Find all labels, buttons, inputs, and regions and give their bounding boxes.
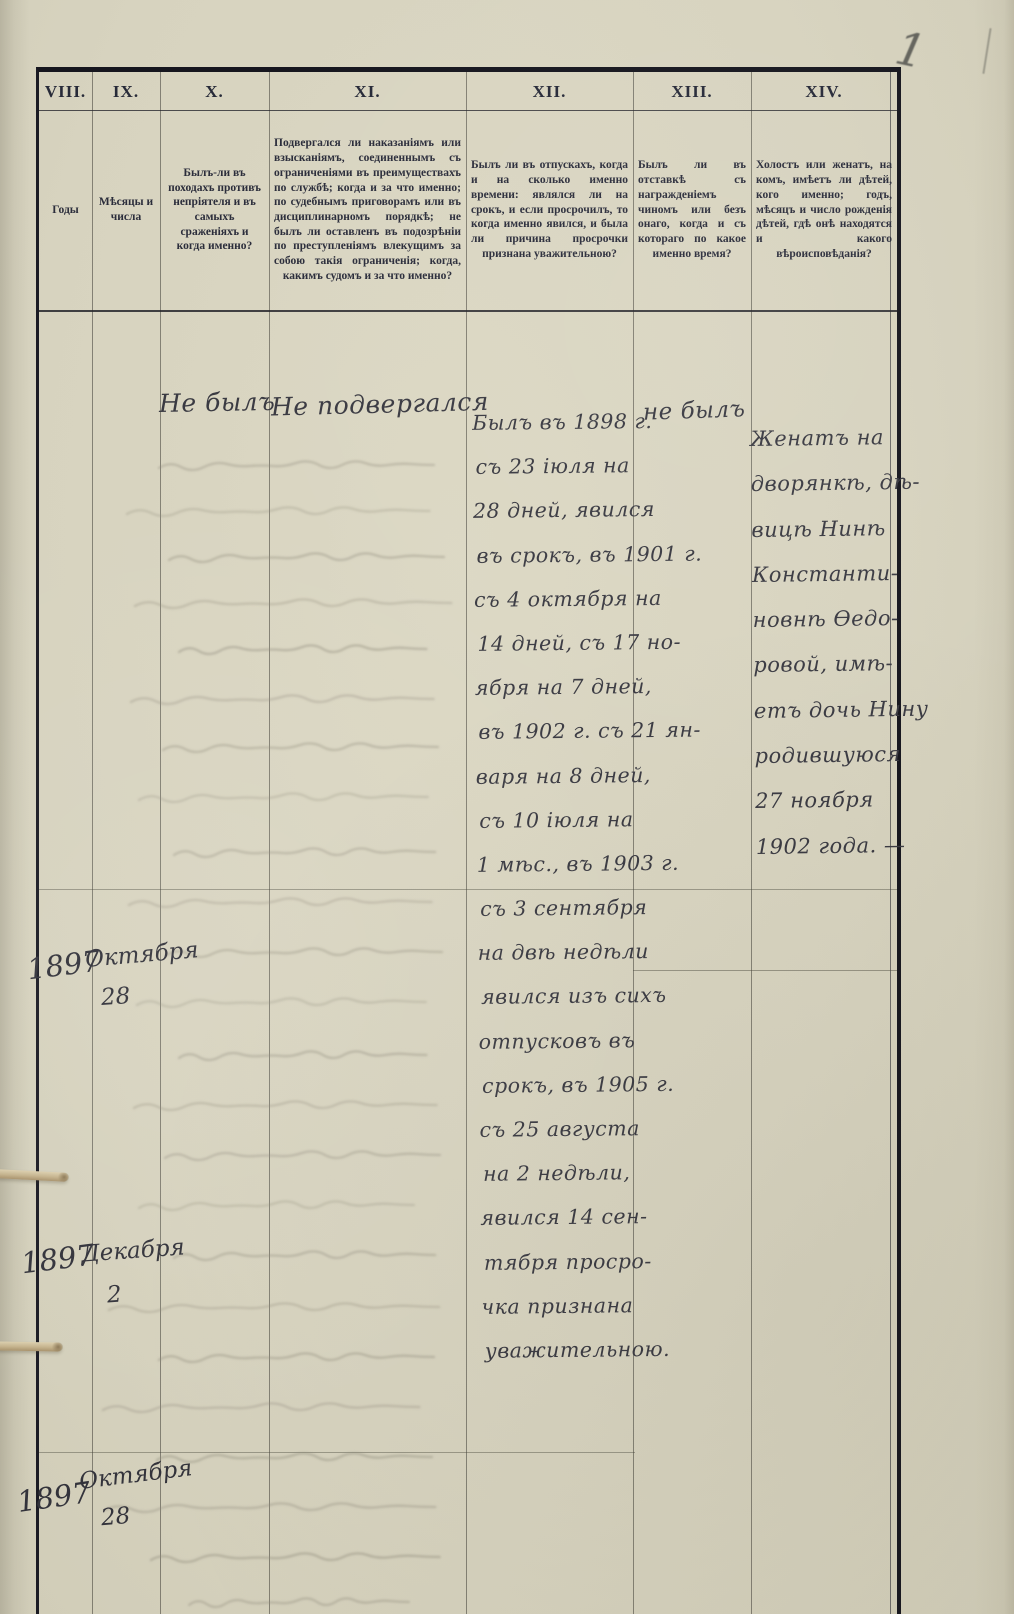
leaves-line: чка признана <box>481 1283 649 1329</box>
header-bottom-rule <box>39 310 897 312</box>
service-record-table: VIII. IX. X. XI. XII. XIII. XIV. Годы Мѣ… <box>36 67 901 1614</box>
entry-campaigns: Не былъ <box>159 387 271 418</box>
leaves-line: въ срокъ, въ 1901 г. <box>476 532 641 578</box>
family-line: Константи- <box>752 551 901 598</box>
row-divider <box>39 889 897 890</box>
leaves-line: ября на 7 дней, <box>475 664 643 710</box>
family-line: Женатъ на <box>750 415 899 462</box>
leaves-line: въ 1902 г. съ 21 ян- <box>478 708 643 754</box>
leaves-line: съ 4 октября на <box>474 576 642 622</box>
family-line: етъ дочь Нину <box>754 687 903 734</box>
column-numeral-xi: XI. <box>269 78 466 108</box>
date-day: 2 <box>106 1282 122 1309</box>
leaves-line: съ 23 іюля на <box>475 443 640 489</box>
column-numeral-xii: XII. <box>466 78 633 108</box>
leaves-line: съ 10 іюля на <box>479 797 644 843</box>
leaves-line: Былъ въ 1898 г. <box>472 399 640 445</box>
column-header-campaigns: Былъ-ли въ походахъ противъ непріятеля и… <box>160 110 269 310</box>
pencil-edge-mark <box>982 28 991 74</box>
date-day: 28 <box>100 983 131 1011</box>
leaves-line: 28 дней, явился <box>473 488 641 534</box>
row-divider <box>633 970 897 971</box>
family-line: дворянкѣ, дѣ- <box>750 460 899 507</box>
leaves-line: уважительною. <box>485 1327 650 1373</box>
entry-leaves: Былъ въ 1898 г. съ 23 іюля на 28 дней, я… <box>472 399 650 1373</box>
leaves-line: 14 дней, съ 17 но- <box>477 620 642 666</box>
leaves-line: 1 мѣс., въ 1903 г. <box>477 841 645 887</box>
row-divider <box>39 1452 635 1453</box>
family-line: родившуюся <box>754 732 903 779</box>
column-header-leaves: Былъ ли въ отпускахъ, когда и на сколько… <box>466 110 633 310</box>
family-line: 1902 года. — <box>756 823 905 870</box>
leaves-line: явился изъ сихъ <box>481 974 646 1020</box>
entry-family: Женатъ на дворянкѣ, дѣ- вицѣ Нинѣ Конста… <box>750 415 904 870</box>
date-month: Декабря <box>80 1234 185 1267</box>
column-numeral-ix: IX. <box>92 78 160 108</box>
leaves-line: срокъ, въ 1905 г. <box>482 1062 647 1108</box>
entry-retirement: не былъ <box>643 396 748 426</box>
leaves-line: тября просро- <box>484 1239 649 1285</box>
column-numeral-xiii: XIII. <box>633 78 751 108</box>
date-day: 28 <box>100 1503 131 1531</box>
column-header-years: Годы <box>39 110 92 310</box>
family-line: вицѣ Нинѣ <box>751 506 900 553</box>
entry-punishments: Не подвергался <box>271 387 468 421</box>
column-numeral-xiv: XIV. <box>751 78 897 108</box>
family-line: ровой, имѣ- <box>753 641 902 688</box>
scanned-service-record-page: 1 VIII. IX. X. XI. XII. XIII. XIV. Годы … <box>0 0 1014 1614</box>
column-header-punishments: Подвергался ли наказаніямъ или взысканія… <box>269 110 466 310</box>
column-header-family: Холостъ или женатъ, на комъ, имѣетъ ли д… <box>751 110 897 310</box>
date-month: Октября <box>84 937 199 973</box>
column-header-months: Мѣсяцы и числа <box>92 110 160 310</box>
leaves-line: съ 25 августа <box>479 1106 647 1152</box>
date-month: Октября <box>78 1455 194 1495</box>
leaves-line: отпусковъ въ <box>478 1018 646 1064</box>
family-line: новнѣ Ѳедо- <box>752 596 901 643</box>
binding-thread <box>0 1341 62 1351</box>
column-numeral-x: X. <box>160 78 269 108</box>
leaves-line: варя на 8 дней, <box>476 753 644 799</box>
column-numeral-viii: VIII. <box>39 78 92 108</box>
leaves-line: на двѣ недѣли <box>477 929 645 975</box>
leaves-line: явился 14 сен- <box>480 1194 648 1240</box>
leaves-line: на 2 недѣли, <box>483 1150 648 1196</box>
family-line: 27 ноября <box>755 777 904 824</box>
leaves-line: съ 3 сентября <box>480 885 645 931</box>
column-header-retirement: Былъ ли въ отставкѣ съ награжденіемъ чин… <box>633 110 751 310</box>
